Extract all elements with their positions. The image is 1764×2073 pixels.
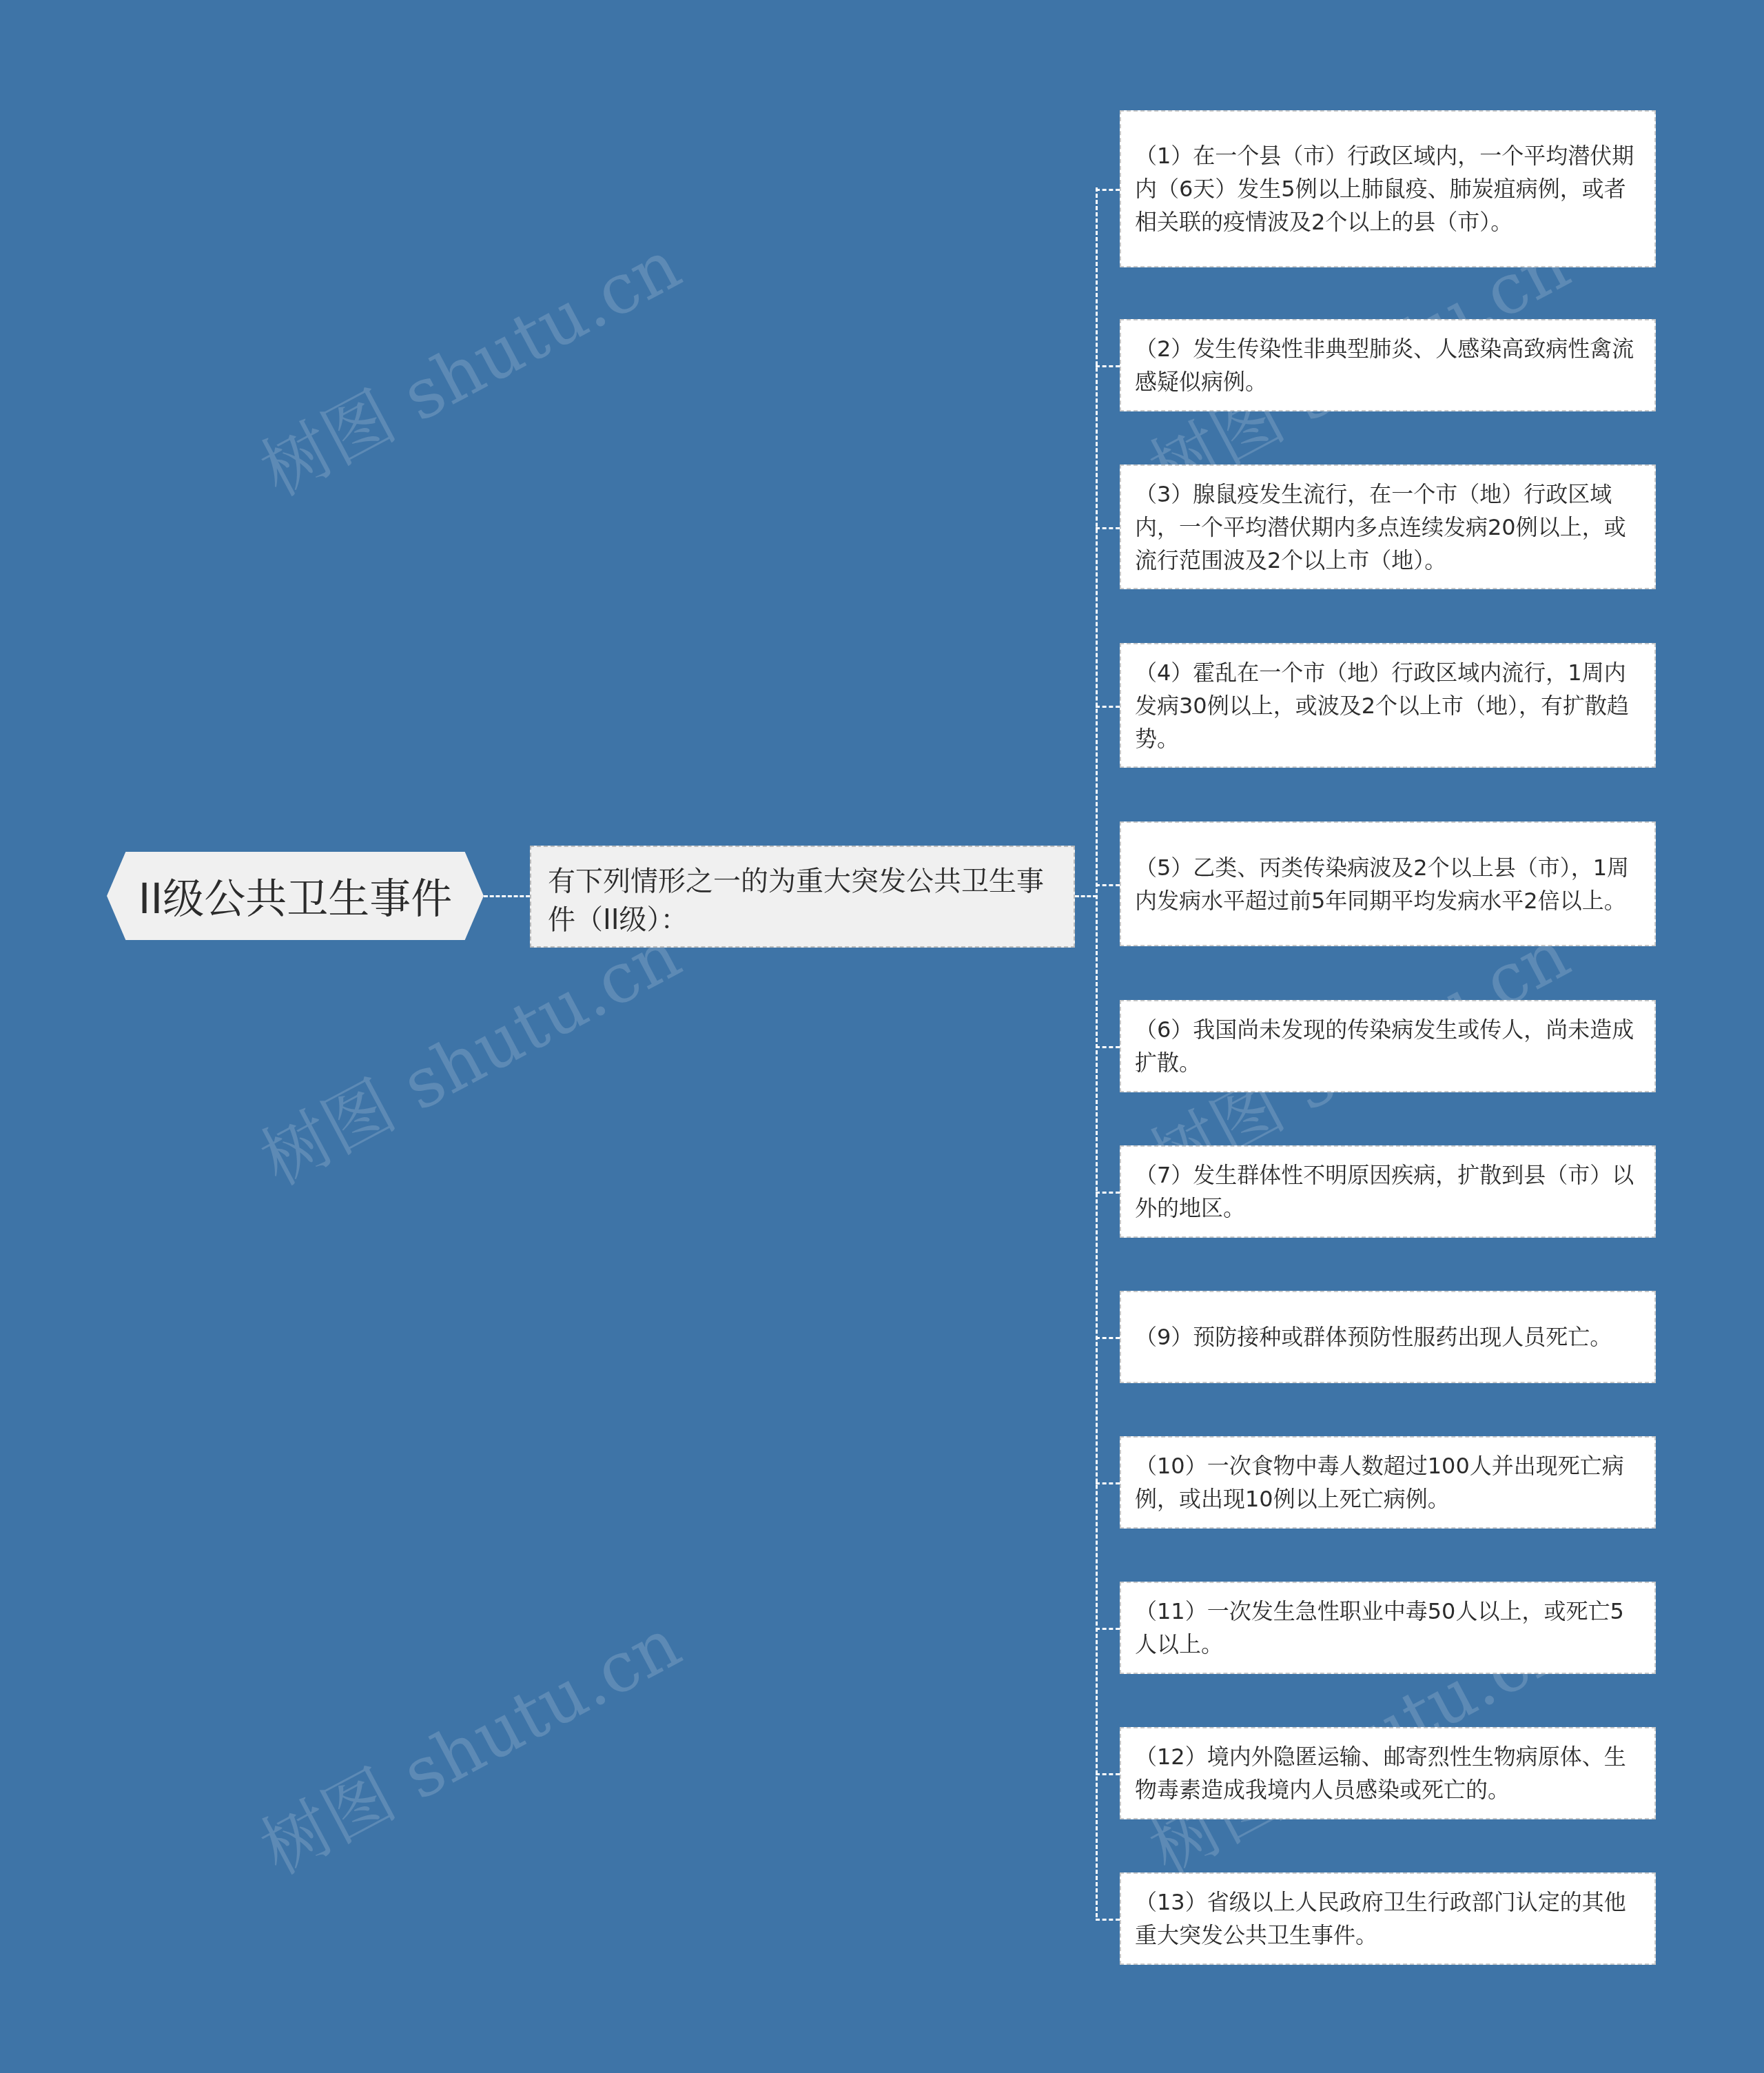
leaf-node[interactable]: （3）腺鼠疫发生流行，在一个市（地）行政区域内，一个平均潜伏期内多点连续发病20… xyxy=(1120,464,1656,589)
leaf-node-label: （10）一次食物中毒人数超过100人并出现死亡病例，或出现10例以上死亡病例。 xyxy=(1135,1449,1641,1515)
root-node-label: II级公共卫生事件 xyxy=(139,866,452,926)
connector-leaf xyxy=(1096,1482,1120,1484)
middle-node[interactable]: 有下列情形之一的为重大突发公共卫生事件（II级）： xyxy=(530,846,1075,948)
leaf-node-label: （3）腺鼠疫发生流行，在一个市（地）行政区域内，一个平均潜伏期内多点连续发病20… xyxy=(1135,478,1641,577)
leaf-node[interactable]: （7）发生群体性不明原因疾病，扩散到县（市）以外的地区。 xyxy=(1120,1145,1656,1238)
connector-leaf xyxy=(1096,1628,1120,1630)
leaf-node-label: （7）发生群体性不明原因疾病，扩散到县（市）以外的地区。 xyxy=(1135,1158,1641,1225)
connector-leaf xyxy=(1096,884,1120,886)
leaf-node-label: （5）乙类、丙类传染病波及2个以上县（市），1周内发病水平超过前5年同期平均发病… xyxy=(1135,851,1641,917)
leaf-node-label: （11）一次发生急性职业中毒50人以上，或死亡5人以上。 xyxy=(1135,1595,1641,1661)
leaf-node-label: （1）在一个县（市）行政区域内，一个平均潜伏期内（6天）发生5例以上肺鼠疫、肺炭… xyxy=(1135,139,1641,238)
leaf-node-label: （4）霍乱在一个市（地）行政区域内流行，1周内发病30例以上，或波及2个以上市（… xyxy=(1135,656,1641,755)
connector-leaf xyxy=(1096,1046,1120,1048)
leaf-node-label: （2）发生传染性非典型肺炎、人感染高致病性禽流感疑似病例。 xyxy=(1135,332,1641,398)
root-node[interactable]: II级公共卫生事件 xyxy=(107,852,484,940)
leaf-node[interactable]: （2）发生传染性非典型肺炎、人感染高致病性禽流感疑似病例。 xyxy=(1120,319,1656,411)
leaf-node-label: （12）境内外隐匿运输、邮寄烈性生物病原体、生物毒素造成我境内人员感染或死亡的。 xyxy=(1135,1740,1641,1806)
leaf-node[interactable]: （12）境内外隐匿运输、邮寄烈性生物病原体、生物毒素造成我境内人员感染或死亡的。 xyxy=(1120,1727,1656,1819)
watermark: 树图 shutu.cn xyxy=(241,1589,695,1893)
connector-leaf xyxy=(1096,527,1120,529)
connector-leaf xyxy=(1096,365,1120,367)
leaf-node[interactable]: （10）一次食物中毒人数超过100人并出现死亡病例，或出现10例以上死亡病例。 xyxy=(1120,1436,1656,1529)
connector-root-middle xyxy=(484,895,530,897)
connector-leaf xyxy=(1096,1919,1120,1921)
connector-branch-vertical xyxy=(1096,187,1098,1917)
leaf-node-label: （9）预防接种或群体预防性服药出现人员死亡。 xyxy=(1135,1320,1612,1354)
connector-leaf xyxy=(1096,189,1120,191)
leaf-node[interactable]: （1）在一个县（市）行政区域内，一个平均潜伏期内（6天）发生5例以上肺鼠疫、肺炭… xyxy=(1120,110,1656,267)
leaf-node[interactable]: （13）省级以上人民政府卫生行政部门认定的其他重大突发公共卫生事件。 xyxy=(1120,1872,1656,1965)
connector-middle-branch xyxy=(1075,895,1097,897)
connector-leaf xyxy=(1096,1192,1120,1194)
connector-leaf xyxy=(1096,1337,1120,1339)
leaf-node[interactable]: （11）一次发生急性职业中毒50人以上，或死亡5人以上。 xyxy=(1120,1582,1656,1674)
leaf-node[interactable]: （9）预防接种或群体预防性服药出现人员死亡。 xyxy=(1120,1291,1656,1383)
leaf-node[interactable]: （6）我国尚未发现的传染病发生或传人，尚未造成扩散。 xyxy=(1120,1000,1656,1092)
leaf-node[interactable]: （4）霍乱在一个市（地）行政区域内流行，1周内发病30例以上，或波及2个以上市（… xyxy=(1120,643,1656,768)
middle-node-label: 有下列情形之一的为重大突发公共卫生事件（II级）： xyxy=(548,866,1044,936)
leaf-node[interactable]: （5）乙类、丙类传染病波及2个以上县（市），1周内发病水平超过前5年同期平均发病… xyxy=(1120,821,1656,946)
connector-leaf xyxy=(1096,706,1120,708)
leaf-node-label: （13）省级以上人民政府卫生行政部门认定的其他重大突发公共卫生事件。 xyxy=(1135,1886,1641,1952)
watermark: 树图 shutu.cn xyxy=(241,211,695,515)
connector-leaf xyxy=(1096,1773,1120,1775)
leaf-node-label: （6）我国尚未发现的传染病发生或传人，尚未造成扩散。 xyxy=(1135,1013,1641,1079)
